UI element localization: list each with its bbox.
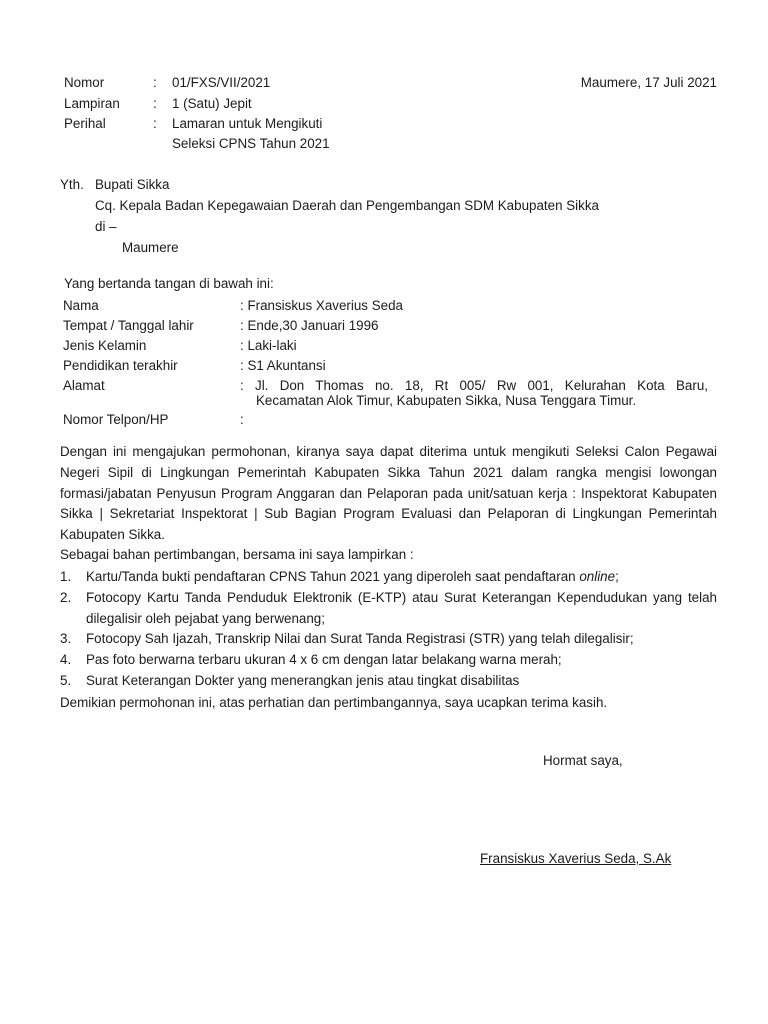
bio-value-phone: : bbox=[240, 412, 244, 427]
bio-label-education: Pendidikan terakhir bbox=[63, 358, 178, 373]
bio-value-address: : Jl. Don Thomas no. 18, Rt 005/ Rw 001,… bbox=[240, 378, 708, 393]
bio-value-gender: : Laki-laki bbox=[240, 338, 297, 353]
recipient-di: di – bbox=[95, 219, 117, 234]
closing-text: Demikian permohonan ini, atas perhatian … bbox=[60, 695, 607, 710]
recipient-city: Maumere bbox=[122, 240, 179, 255]
attachments-intro: Sebagai bahan pertimbangan, bersama ini … bbox=[60, 547, 414, 562]
nomor-colon: : bbox=[153, 75, 157, 90]
body-paragraph: Dengan ini mengajukan permohonan, kirany… bbox=[60, 442, 717, 546]
bio-label-phone: Nomor Telpon/HP bbox=[63, 412, 168, 427]
bio-label-gender: Jenis Kelamin bbox=[63, 338, 146, 353]
perihal-label: Perihal bbox=[64, 116, 106, 131]
attachment-item: 4. Pas foto berwarna terbaru ukuran 4 x … bbox=[60, 650, 717, 671]
bio-label-nama: Nama bbox=[63, 298, 99, 313]
bio-label-address: Alamat bbox=[63, 378, 105, 393]
perihal-value-line2: Seleksi CPNS Tahun 2021 bbox=[172, 136, 330, 151]
nomor-label: Nomor bbox=[64, 75, 104, 90]
attachment-item: 3. Fotocopy Sah Ijazah, Transkrip Nilai … bbox=[60, 629, 717, 650]
bio-value-nama: : Fransiskus Xaverius Seda bbox=[240, 298, 403, 313]
intro-text: Yang bertanda tangan di bawah ini: bbox=[64, 276, 274, 291]
perihal-value: Lamaran untuk Mengikuti bbox=[172, 116, 322, 131]
recipient-name: Bupati Sikka bbox=[95, 177, 169, 192]
recipient-cq: Cq. Kepala Badan Kepegawaian Daerah dan … bbox=[95, 198, 599, 213]
bio-value-ttl: : Ende,30 Januari 1996 bbox=[240, 318, 378, 333]
bio-value-address-line2: Kecamatan Alok Timur, Kabupaten Sikka, N… bbox=[256, 393, 636, 408]
signature-greeting: Hormat saya, bbox=[543, 753, 623, 768]
recipient-yth: Yth. bbox=[60, 177, 84, 192]
attachment-item: 2. Fotocopy Kartu Tanda Penduduk Elektro… bbox=[60, 588, 717, 630]
bio-value-education: : S1 Akuntansi bbox=[240, 358, 326, 373]
lampiran-label: Lampiran bbox=[64, 96, 120, 111]
nomor-value: 01/FXS/VII/2021 bbox=[172, 75, 270, 90]
lampiran-value: 1 (Satu) Jepit bbox=[172, 96, 252, 111]
attachment-item: 5. Surat Keterangan Dokter yang menerang… bbox=[60, 671, 717, 692]
lampiran-colon: : bbox=[153, 96, 157, 111]
attachments-list: 1. Kartu/Tanda bukti pendaftaran CPNS Ta… bbox=[60, 567, 717, 692]
bio-label-ttl: Tempat / Tanggal lahir bbox=[63, 318, 194, 333]
perihal-colon: : bbox=[153, 116, 157, 131]
attachment-item: 1. Kartu/Tanda bukti pendaftaran CPNS Ta… bbox=[60, 567, 717, 588]
signature-name: Fransiskus Xaverius Seda, S.Ak bbox=[480, 851, 671, 866]
place-date: Maumere, 17 Juli 2021 bbox=[581, 75, 717, 90]
